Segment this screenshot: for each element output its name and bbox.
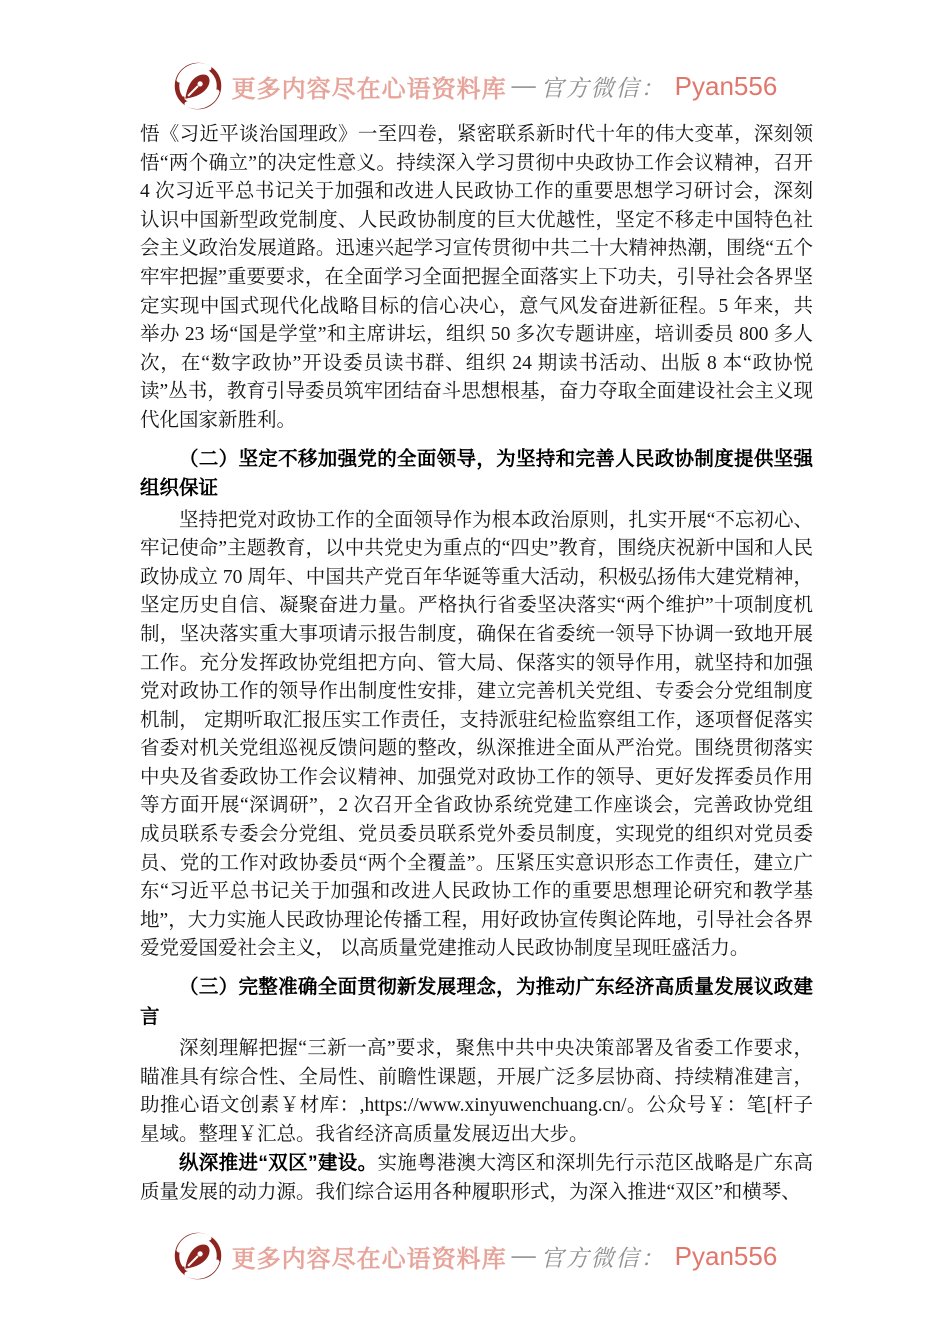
watermark-wechat-label: 官方微信： xyxy=(541,1240,666,1273)
watermark-wechat-id: Pyan556 xyxy=(675,71,778,102)
section-heading-2: （二）坚定不移加强党的全面领导，为坚持和完善人民政协制度提供坚强组织保证 xyxy=(140,445,813,504)
pen-nib-seal-icon xyxy=(173,1230,223,1282)
bold-lead-text: 纵深推进“双区”建设。 xyxy=(179,1152,377,1174)
pen-nib-seal-icon xyxy=(173,60,223,112)
body-paragraph-continued: 悟《习近平谈治国理政》一至四卷，紧密联系新时代十年的伟大变革，深刻领悟“两个确立… xyxy=(140,121,813,436)
body-paragraph-with-lead: 纵深推进“双区”建设。实施粤港澳大湾区和深圳先行示范区战略是广东高质量发展的动力… xyxy=(140,1149,813,1207)
watermark-dash: — xyxy=(512,73,536,100)
watermark-wechat-label: 官方微信： xyxy=(541,70,666,103)
body-paragraph: 深刻理解把握“三新一高”要求，聚焦中共中央决策部署及省委工作要求，瞄准具有综合性… xyxy=(140,1035,813,1149)
document-page: 更多内容尽在心语资料库—官方微信： Pyan556 悟《习近平谈治国理政》一至四… xyxy=(0,0,950,1344)
footer-watermark: 更多内容尽在心语资料库—官方微信： Pyan556 xyxy=(0,1230,950,1282)
section-heading-3: （三）完整准确全面贯彻新发展理念，为推动广东经济高质量发展议政建言 xyxy=(140,973,813,1032)
header-watermark: 更多内容尽在心语资料库—官方微信： Pyan556 xyxy=(0,60,950,112)
watermark-brand-text: 更多内容尽在心语资料库 xyxy=(232,69,507,104)
body-paragraph: 坚持把党对政协工作的全面领导作为根本政治原则，扎实开展“不忘初心、牢记使命”主题… xyxy=(140,507,813,965)
document-body: 悟《习近平谈治国理政》一至四卷，紧密联系新时代十年的伟大变革，深刻领悟“两个确立… xyxy=(140,121,813,1208)
watermark-brand-text: 更多内容尽在心语资料库 xyxy=(232,1239,507,1274)
watermark-dash: — xyxy=(512,1243,536,1270)
watermark-wechat-id: Pyan556 xyxy=(675,1241,778,1272)
